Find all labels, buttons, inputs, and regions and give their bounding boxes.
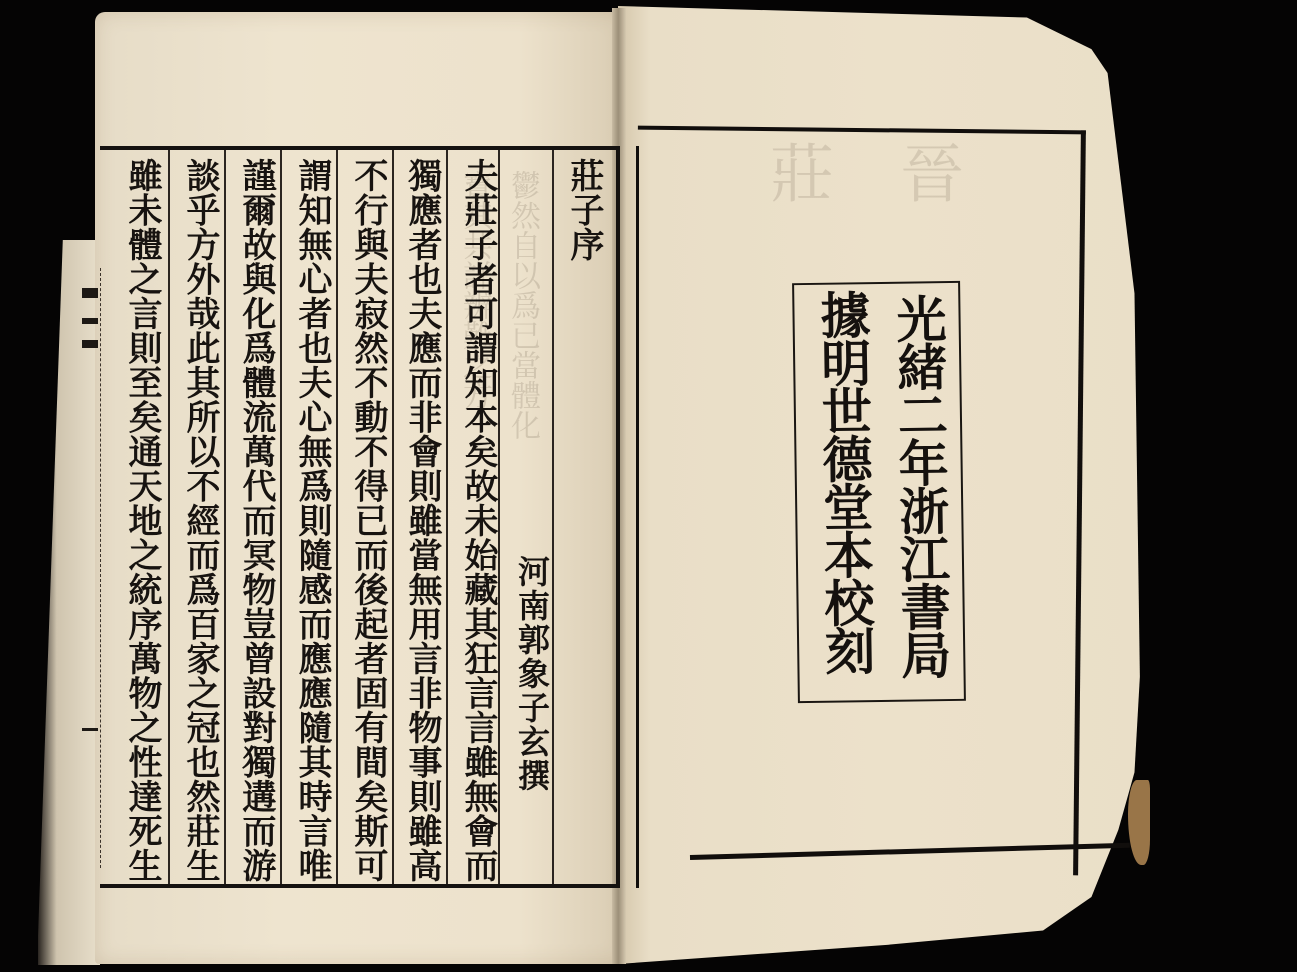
colophon-box: 光緒二年浙江書局 據明世德堂本校刻	[792, 281, 966, 703]
text-column-6: 談乎方外哉此其所以不經而爲百家之冠也然莊生	[174, 158, 226, 883]
edge-mark	[82, 728, 98, 731]
text-column-3: 不行與夫寂然不動不得已而後起者固有間矣斯可	[342, 158, 394, 883]
text-column-7: 雖未體之言則至矣通天地之統序萬物之性達死生	[116, 158, 168, 883]
preface-title: 莊子序	[558, 158, 610, 262]
bleed-through-text: 晉	[880, 140, 972, 204]
colophon-line-publisher: 光緒二年浙江書局	[886, 293, 953, 678]
edge-mark	[82, 340, 98, 348]
left-page-frame: 鬱然自以爲已當體化 寶其共詳辨難之方 莊子序 河南郭象子玄撰 夫莊子者可謂知本矣…	[100, 146, 620, 888]
text-column-2: 獨應者也夫應而非會則雖當無用言非物事則雖高	[396, 158, 448, 883]
edge-mark	[82, 288, 98, 298]
paper-stain	[1128, 780, 1150, 865]
fore-edge-strip	[82, 268, 101, 868]
text-column-1: 夫莊子者可謂知本矣故未始藏其狂言言雖無會而	[452, 158, 504, 883]
author-attribution: 河南郭象子玄撰	[506, 555, 558, 793]
text-column-4: 謂知無心者也夫心無爲則隨感而應應隨其時言唯	[286, 158, 338, 883]
colophon-line-source-edition: 據明世德堂本校刻	[810, 289, 877, 674]
text-column-5: 謹爾故與化爲體流萬代而冥物豈曾設對獨遘而游	[230, 158, 282, 883]
edge-mark	[82, 318, 98, 324]
book-spread: 鬱然自以爲已當體化 寶其共詳辨難之方 莊子序 河南郭象子玄撰 夫莊子者可謂知本矣…	[0, 0, 1297, 972]
bleed-through-text: 鬱然自以爲已當體化	[500, 170, 545, 440]
column-rule	[168, 150, 170, 884]
bleed-through-text: 莊	[750, 140, 842, 204]
right-frame-left-rule	[636, 146, 639, 888]
